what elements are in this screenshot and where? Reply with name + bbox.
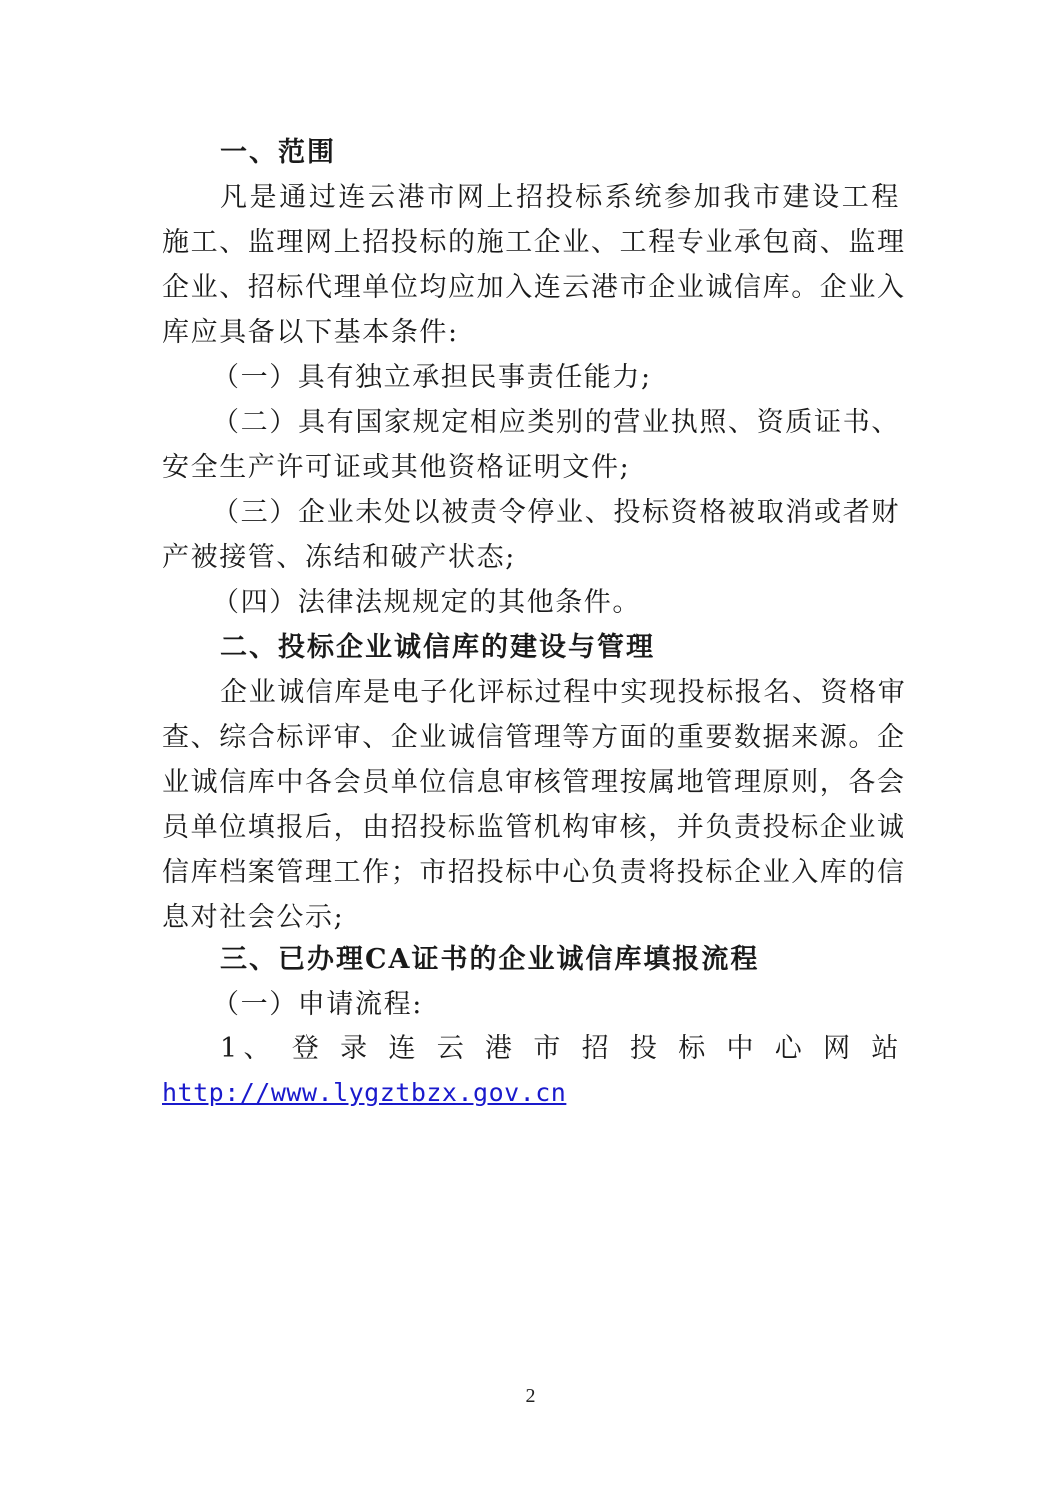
section-3-subheading: （一）申请流程: [212, 983, 892, 1027]
section-1-paragraph-line-2: 施工、监理网上招投标的施工企业、工程专业承包商、监理 [162, 221, 900, 265]
condition-4: （四）法律法规规定的其他条件。 [212, 581, 892, 625]
section-2-paragraph-line-3: 业诚信库中各会员单位信息审核管理按属地管理原则，各会 [162, 761, 900, 805]
section-2-paragraph-line-4: 员单位填报后，由招投标监管机构审核，并负责投标企业诚 [162, 806, 900, 850]
section-1-paragraph-line-1: 凡是通过连云港市网上招投标系统参加我市建设工程 [220, 176, 900, 220]
condition-1: （一）具有独立承担民事责任能力; [212, 356, 892, 400]
section-2-paragraph-line-5: 信库档案管理工作；市招投标中心负责将投标企业入库的信 [162, 851, 900, 895]
condition-2-line-2: 安全生产许可证或其他资格证明文件; [162, 446, 900, 490]
page-number: 2 [0, 1385, 1061, 1408]
section-3-heading: 三、已办理CA证书的企业诚信库填报流程 [220, 938, 900, 982]
section-1-paragraph-line-4: 库应具备以下基本条件: [162, 311, 900, 355]
condition-3-line-2: 产被接管、冻结和破产状态; [162, 536, 900, 580]
document-page: 一、范围 凡是通过连云港市网上招投标系统参加我市建设工程 施工、监理网上招投标的… [0, 0, 1061, 1500]
section-2-heading: 二、投标企业诚信库的建设与管理 [220, 626, 900, 670]
condition-2-line-1: （二）具有国家规定相应类别的营业执照、资质证书、 [212, 401, 900, 445]
section-1-paragraph-line-3: 企业、招标代理单位均应加入连云港市企业诚信库。企业入 [162, 266, 900, 310]
section-1-heading: 一、范围 [220, 131, 900, 175]
section-2-paragraph-line-1: 企业诚信库是电子化评标过程中实现投标报名、资格审 [220, 671, 900, 715]
section-2-paragraph-line-6: 息对社会公示; [162, 896, 900, 940]
section-2-paragraph-line-2: 查、综合标评审、企业诚信管理等方面的重要数据来源。企 [162, 716, 900, 760]
step-1-text: 1、 登 录 连 云 港 市 招 投 标 中 心 网 站 [220, 1027, 900, 1071]
website-link[interactable]: http://www.lygztbzx.gov.cn [162, 1078, 566, 1107]
condition-3-line-1: （三）企业未处以被责令停业、投标资格被取消或者财 [212, 491, 900, 535]
